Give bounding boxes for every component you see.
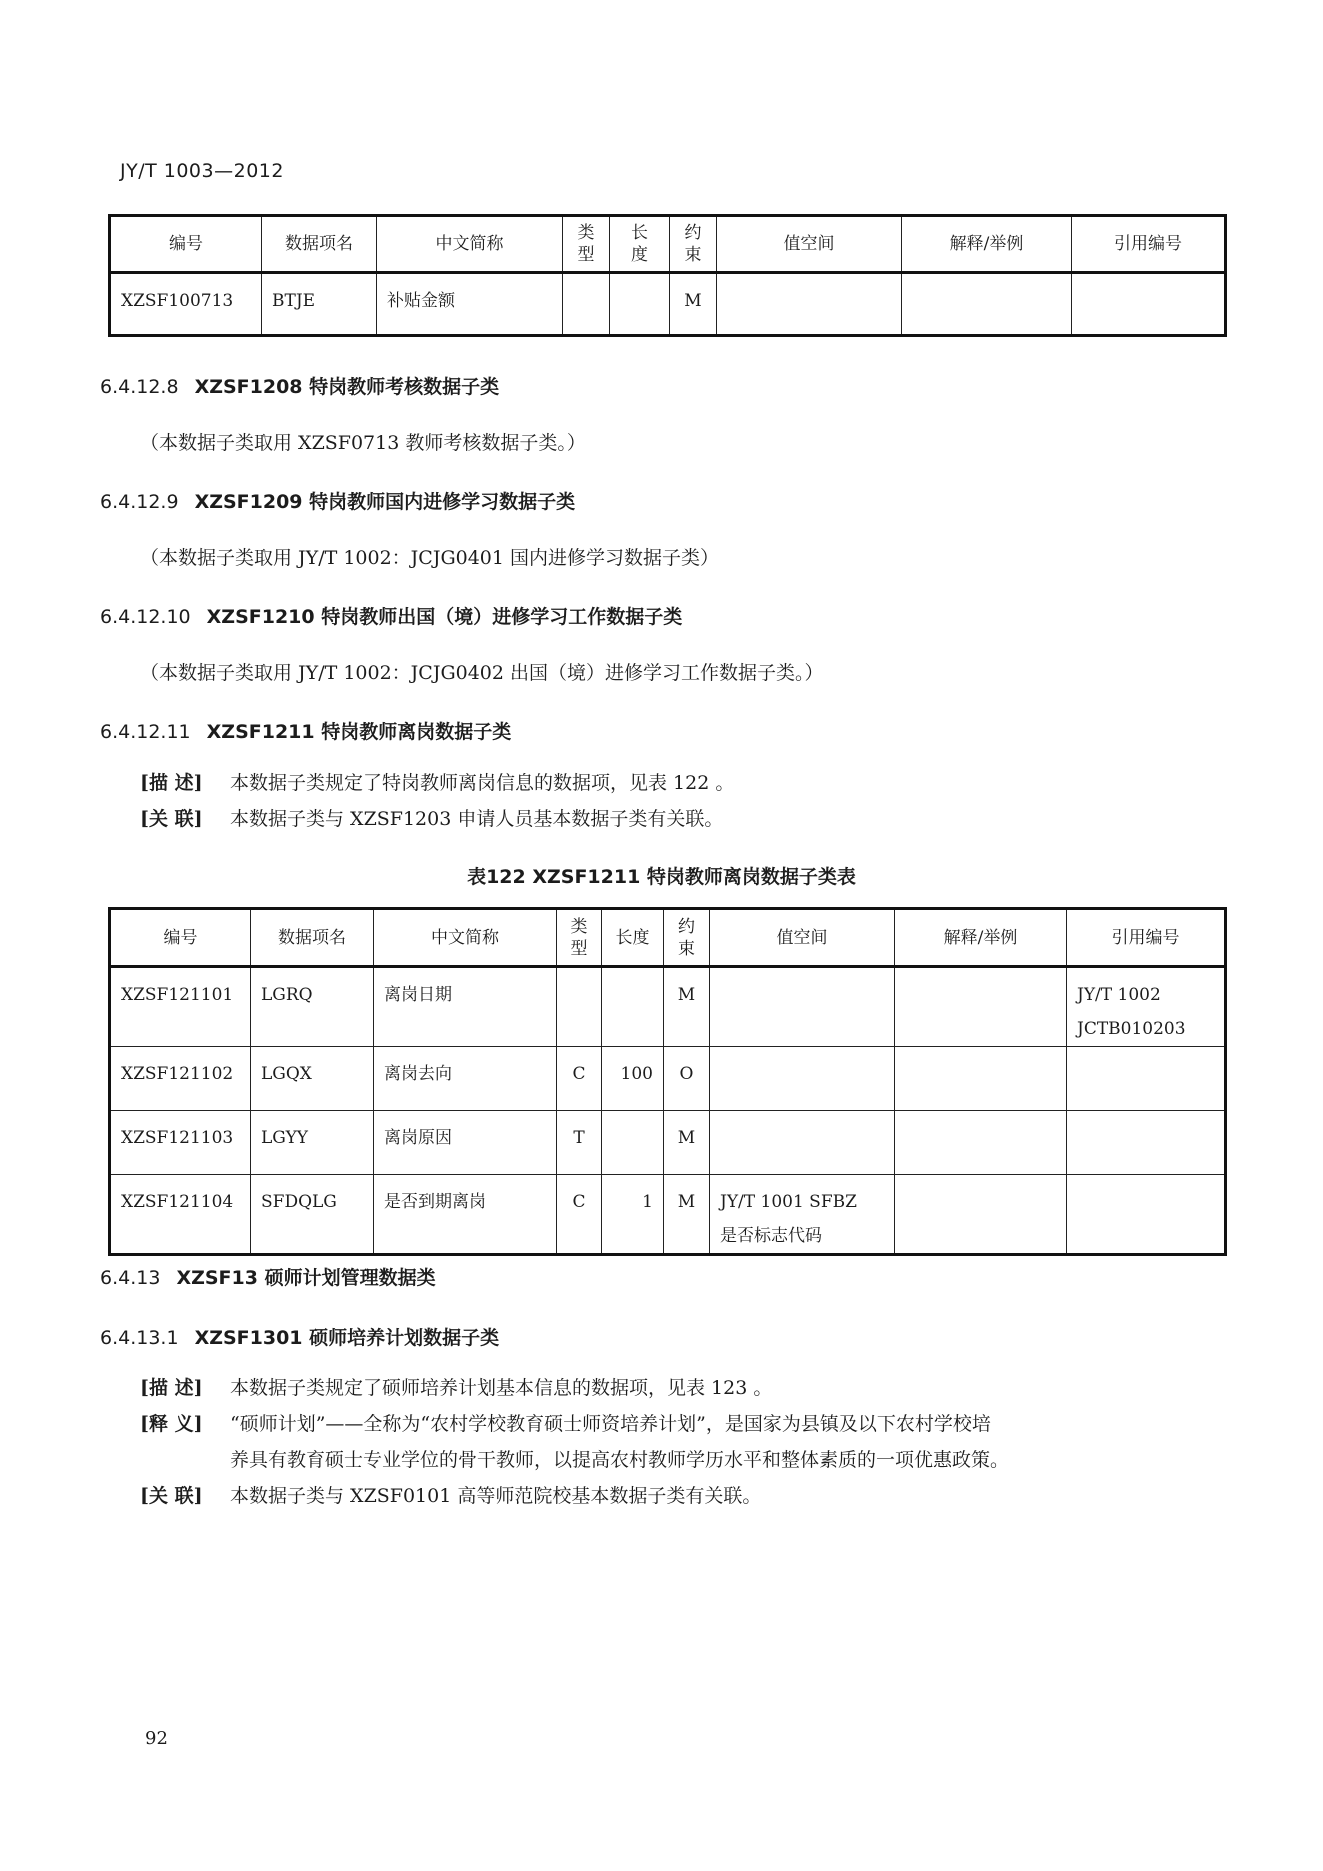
section-note: （本数据子类取用 JY/T 1002：JCJG0402 出国（境）进修学习工作数… bbox=[140, 658, 824, 685]
page-number: 92 bbox=[145, 1728, 168, 1749]
cell-type: C bbox=[557, 1175, 602, 1255]
section-description-block: [描 述]本数据子类规定了硕师培养计划基本信息的数据项，见表 123 。 [释 … bbox=[140, 1370, 1009, 1514]
section-heading-6-4-12-9: 6.4.12.9XZSF1209 特岗教师国内进修学习数据子类 bbox=[100, 487, 575, 514]
table-header-row: 编号 数据项名 中文简称 类型 长度 约束 值空间 解释/举例 引用编号 bbox=[110, 909, 1226, 967]
relation-text: 本数据子类与 XZSF0101 高等师范院校基本数据子类有关联。 bbox=[230, 1485, 761, 1507]
description-tag: [描 述] bbox=[140, 1370, 230, 1406]
table-header-row: 编号 数据项名 中文简称 类型 长度 约束 值空间 解释/举例 引用编号 bbox=[110, 216, 1226, 273]
cell-cn: 离岗原因 bbox=[374, 1111, 557, 1175]
relation-text: 本数据子类与 XZSF1203 申请人员基本数据子类有关联。 bbox=[230, 808, 723, 830]
cell-explanation bbox=[895, 1047, 1067, 1111]
cell-length bbox=[602, 1111, 664, 1175]
col-header-name: 数据项名 bbox=[262, 216, 377, 273]
cell-name: BTJE bbox=[262, 273, 377, 336]
section-title: XZSF13 硕师计划管理数据类 bbox=[176, 1267, 435, 1289]
section-title: XZSF1301 硕师培养计划数据子类 bbox=[195, 1327, 500, 1349]
section-title: XZSF1210 特岗教师出国（境）进修学习工作数据子类 bbox=[207, 606, 683, 628]
col-header-constraint-text: 约束 bbox=[678, 917, 695, 959]
section-note: （本数据子类取用 JY/T 1002：JCJG0401 国内进修学习数据子类） bbox=[140, 543, 719, 570]
section-heading-6-4-12-11: 6.4.12.11XZSF1211 特岗教师离岗数据子类 bbox=[100, 717, 511, 744]
table-row: XZSF121104 SFDQLG 是否到期离岗 C 1 M JY/T 1001… bbox=[110, 1175, 1226, 1255]
relation-tag: [关 联] bbox=[140, 1478, 230, 1514]
col-header-explanation: 解释/举例 bbox=[895, 909, 1067, 967]
col-header-type-text: 类型 bbox=[571, 917, 588, 959]
cell-id: XZSF121104 bbox=[110, 1175, 251, 1255]
col-header-cn: 中文简称 bbox=[377, 216, 563, 273]
cell-constraint: O bbox=[664, 1047, 710, 1111]
cell-name: SFDQLG bbox=[251, 1175, 374, 1255]
description-text: 本数据子类规定了特岗教师离岗信息的数据项，见表 122 。 bbox=[230, 772, 734, 794]
cell-type: T bbox=[557, 1111, 602, 1175]
cell-ref bbox=[1067, 1111, 1226, 1175]
cell-id: XZSF121103 bbox=[110, 1111, 251, 1175]
cell-id: XZSF121101 bbox=[110, 967, 251, 1047]
definition-text: 养具有教育硕士专业学位的骨干教师，以提高农村教师学历水平和整体素质的一项优惠政策… bbox=[230, 1449, 1009, 1471]
cell-type: C bbox=[557, 1047, 602, 1111]
table-122: 编号 数据项名 中文简称 类型 长度 约束 值空间 解释/举例 引用编号 XZS… bbox=[108, 907, 1227, 1256]
col-header-type: 类型 bbox=[563, 216, 610, 273]
relation-line: [关 联]本数据子类与 XZSF1203 申请人员基本数据子类有关联。 bbox=[140, 801, 734, 837]
definition-tag: [释 义] bbox=[140, 1406, 230, 1442]
definition-line-continued: 养具有教育硕士专业学位的骨干教师，以提高农村教师学历水平和整体素质的一项优惠政策… bbox=[140, 1442, 1009, 1478]
cell-ref: JY/T 1002JCTB010203 bbox=[1067, 967, 1226, 1047]
value-space-line: JY/T 1001 SFBZ bbox=[720, 1185, 884, 1219]
col-header-length: 长度 bbox=[602, 909, 664, 967]
section-title: XZSF1211 特岗教师离岗数据子类 bbox=[207, 721, 512, 743]
definition-text: “硕师计划”——全称为“农村学校教育硕士师资培养计划”，是国家为县镇及以下农村学… bbox=[230, 1413, 991, 1435]
section-number: 6.4.12.11 bbox=[100, 721, 191, 743]
section-number: 6.4.12.8 bbox=[100, 376, 179, 398]
cell-name: LGRQ bbox=[251, 967, 374, 1047]
cell-id: XZSF100713 bbox=[110, 273, 262, 336]
description-tag: [描 述] bbox=[140, 765, 230, 801]
cell-ref bbox=[1067, 1175, 1226, 1255]
cell-length: 100 bbox=[602, 1047, 664, 1111]
cell-length bbox=[602, 967, 664, 1047]
cell-constraint: M bbox=[664, 1175, 710, 1255]
section-heading-6-4-12-10: 6.4.12.10XZSF1210 特岗教师出国（境）进修学习工作数据子类 bbox=[100, 602, 682, 629]
cell-length: 1 bbox=[602, 1175, 664, 1255]
section-description-block: [描 述]本数据子类规定了特岗教师离岗信息的数据项，见表 122 。 [关 联]… bbox=[140, 765, 734, 837]
section-number: 6.4.12.9 bbox=[100, 491, 179, 513]
col-header-constraint: 约束 bbox=[664, 909, 710, 967]
description-line: [描 述]本数据子类规定了特岗教师离岗信息的数据项，见表 122 。 bbox=[140, 765, 734, 801]
cell-name: LGYY bbox=[251, 1111, 374, 1175]
section-heading-6-4-12-8: 6.4.12.8XZSF1208 特岗教师考核数据子类 bbox=[100, 372, 499, 399]
col-header-ref: 引用编号 bbox=[1067, 909, 1226, 967]
continued-data-table: 编号 数据项名 中文简称 类型 长度 约束 值空间 解释/举例 引用编号 XZS… bbox=[108, 214, 1227, 337]
definition-line: [释 义]“硕师计划”——全称为“农村学校教育硕士师资培养计划”，是国家为县镇及… bbox=[140, 1406, 1009, 1442]
section-heading-6-4-13-1: 6.4.13.1XZSF1301 硕师培养计划数据子类 bbox=[100, 1323, 499, 1350]
cell-value-space bbox=[710, 1111, 895, 1175]
standard-code: JY/T 1003—2012 bbox=[120, 160, 284, 182]
description-line: [描 述]本数据子类规定了硕师培养计划基本信息的数据项，见表 123 。 bbox=[140, 1370, 1009, 1406]
section-note: （本数据子类取用 XZSF0713 教师考核数据子类。） bbox=[140, 428, 586, 455]
section-number: 6.4.13.1 bbox=[100, 1327, 179, 1349]
cell-value-space bbox=[710, 967, 895, 1047]
cell-value-space: JY/T 1001 SFBZ是否标志代码 bbox=[710, 1175, 895, 1255]
col-header-explanation: 解释/举例 bbox=[902, 216, 1072, 273]
cell-cn: 补贴金额 bbox=[377, 273, 563, 336]
cell-value-space bbox=[717, 273, 902, 336]
cell-ref bbox=[1067, 1047, 1226, 1111]
relation-tag: [关 联] bbox=[140, 801, 230, 837]
col-header-value-space: 值空间 bbox=[717, 216, 902, 273]
cell-value-space bbox=[710, 1047, 895, 1111]
relation-line: [关 联]本数据子类与 XZSF0101 高等师范院校基本数据子类有关联。 bbox=[140, 1478, 1009, 1514]
col-header-length: 长度 bbox=[610, 216, 670, 273]
col-header-length-text: 长度 bbox=[631, 223, 648, 265]
col-header-type-text: 类型 bbox=[578, 223, 595, 265]
section-title: XZSF1209 特岗教师国内进修学习数据子类 bbox=[195, 491, 576, 513]
col-header-constraint: 约束 bbox=[670, 216, 717, 273]
col-header-cn: 中文简称 bbox=[374, 909, 557, 967]
cell-cn: 离岗去向 bbox=[374, 1047, 557, 1111]
cell-length bbox=[610, 273, 670, 336]
description-text: 本数据子类规定了硕师培养计划基本信息的数据项，见表 123 。 bbox=[230, 1377, 772, 1399]
cell-explanation bbox=[895, 1175, 1067, 1255]
cell-cn: 是否到期离岗 bbox=[374, 1175, 557, 1255]
table-row: XZSF121101 LGRQ 离岗日期 M JY/T 1002JCTB0102… bbox=[110, 967, 1226, 1047]
col-header-id: 编号 bbox=[110, 909, 251, 967]
cell-type bbox=[557, 967, 602, 1047]
ref-line: JCTB010203 bbox=[1077, 1012, 1214, 1046]
col-header-constraint-text: 约束 bbox=[685, 223, 702, 265]
cell-constraint: M bbox=[664, 967, 710, 1047]
cell-id: XZSF121102 bbox=[110, 1047, 251, 1111]
table-row: XZSF100713 BTJE 补贴金额 M bbox=[110, 273, 1226, 336]
col-header-value-space: 值空间 bbox=[710, 909, 895, 967]
value-space-line: 是否标志代码 bbox=[720, 1219, 884, 1253]
cell-cn: 离岗日期 bbox=[374, 967, 557, 1047]
table-row: XZSF121103 LGYY 离岗原因 T M bbox=[110, 1111, 1226, 1175]
cell-name: LGQX bbox=[251, 1047, 374, 1111]
section-heading-6-4-13: 6.4.13XZSF13 硕师计划管理数据类 bbox=[100, 1263, 436, 1290]
cell-constraint: M bbox=[664, 1111, 710, 1175]
cell-constraint: M bbox=[670, 273, 717, 336]
section-number: 6.4.13 bbox=[100, 1267, 160, 1289]
cell-explanation bbox=[895, 1111, 1067, 1175]
cell-explanation bbox=[902, 273, 1072, 336]
section-number: 6.4.12.10 bbox=[100, 606, 191, 628]
cell-type bbox=[563, 273, 610, 336]
table-row: XZSF121102 LGQX 离岗去向 C 100 O bbox=[110, 1047, 1226, 1111]
col-header-ref: 引用编号 bbox=[1072, 216, 1226, 273]
cell-ref bbox=[1072, 273, 1226, 336]
section-title: XZSF1208 特岗教师考核数据子类 bbox=[195, 376, 500, 398]
col-header-id: 编号 bbox=[110, 216, 262, 273]
ref-line: JY/T 1002 bbox=[1077, 978, 1214, 1012]
table-caption: 表122 XZSF1211 特岗教师离岗数据子类表 bbox=[0, 862, 1323, 889]
col-header-name: 数据项名 bbox=[251, 909, 374, 967]
col-header-type: 类型 bbox=[557, 909, 602, 967]
cell-explanation bbox=[895, 967, 1067, 1047]
